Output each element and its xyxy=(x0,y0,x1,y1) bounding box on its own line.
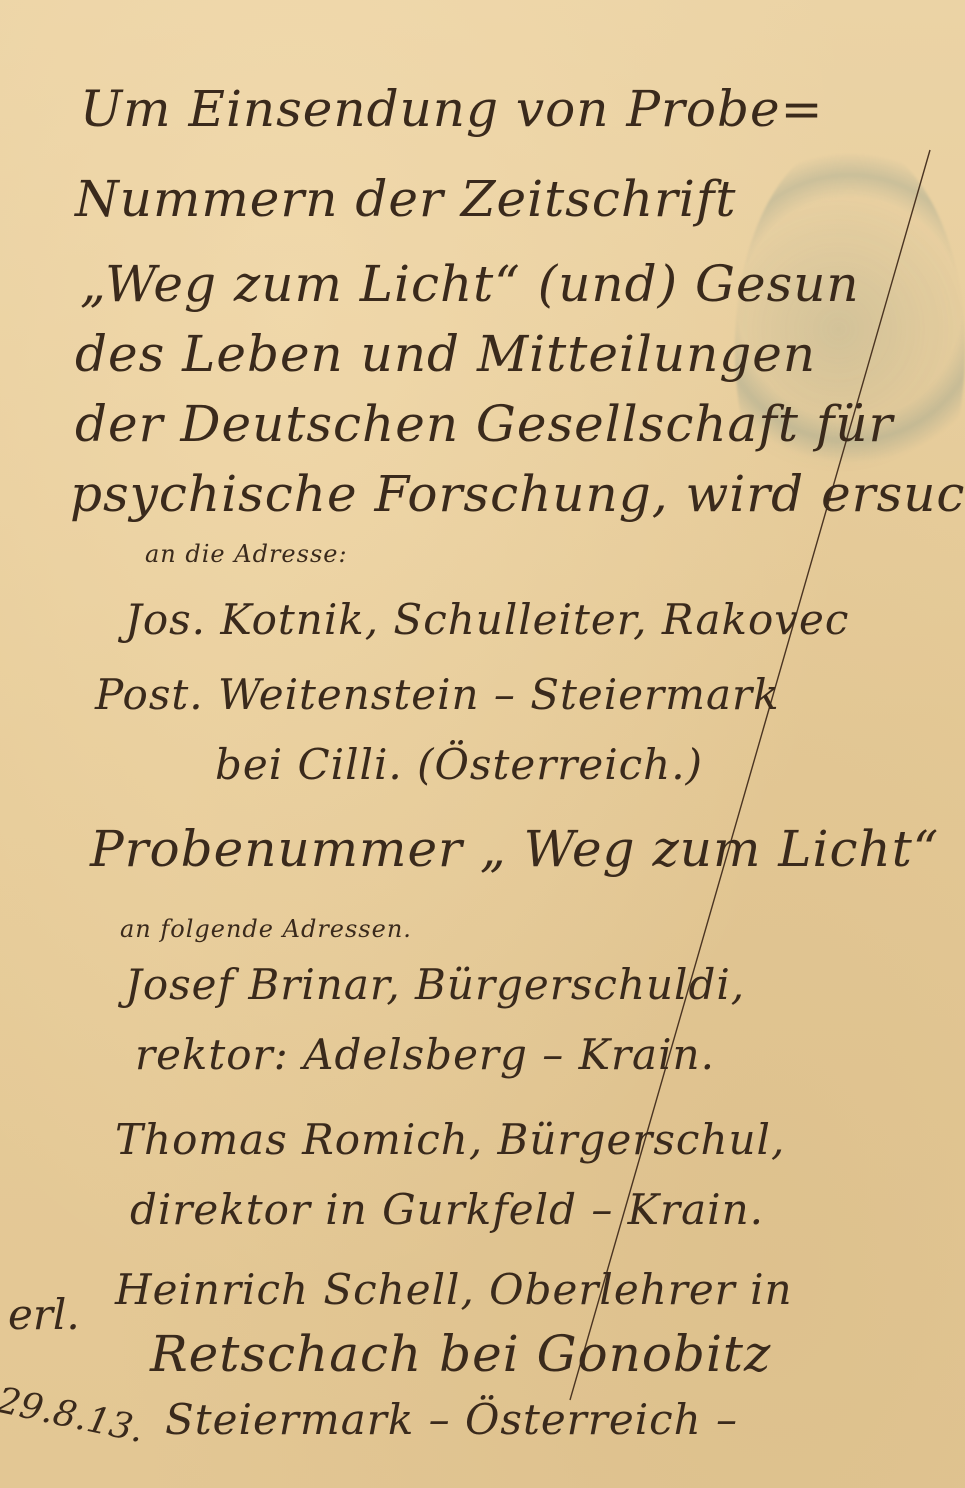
text-line-6: psychische Forschung, wird ersucht xyxy=(70,465,965,523)
text-line-4: des Leben und Mitteilungen xyxy=(75,325,816,383)
address-line-1: Jos. Kotnik, Schulleiter, Rakovec xyxy=(125,595,849,644)
text-line-1: Um Einsendung von Probe= xyxy=(80,80,823,138)
recipient-2-line-1: Thomas Romich, Bürgerschul, xyxy=(115,1115,785,1164)
recipient-2-line-2: direktor in Gurkfeld – Krain. xyxy=(130,1185,764,1234)
recipient-1-line-2: rektor: Adelsberg – Krain. xyxy=(135,1030,715,1079)
margin-mark: erl. xyxy=(8,1290,80,1339)
text-line-12: an folgende Adressen. xyxy=(120,915,412,943)
recipient-3-line-1: Heinrich Schell, Oberlehrer in xyxy=(115,1265,793,1314)
recipient-3-line-2: Retschach bei Gonobitz xyxy=(150,1325,771,1383)
text-line-7: an die Adresse: xyxy=(145,540,348,568)
text-line-11: Probenummer „ Weg zum Licht“ xyxy=(90,820,939,878)
text-line-2: Nummern der Zeitschrift xyxy=(75,170,737,228)
address-line-2: Post. Weitenstein – Steiermark xyxy=(95,670,780,719)
recipient-3-line-3: Steiermark – Österreich – xyxy=(165,1395,738,1444)
address-line-3: bei Cilli. (Österreich.) xyxy=(215,740,703,789)
text-line-3: „Weg zum Licht“ (und) Gesun xyxy=(80,255,860,313)
recipient-1-line-1: Josef Brinar, Bürgerschuldi, xyxy=(125,960,745,1009)
text-line-5: der Deutschen Gesellschaft für xyxy=(75,395,893,453)
